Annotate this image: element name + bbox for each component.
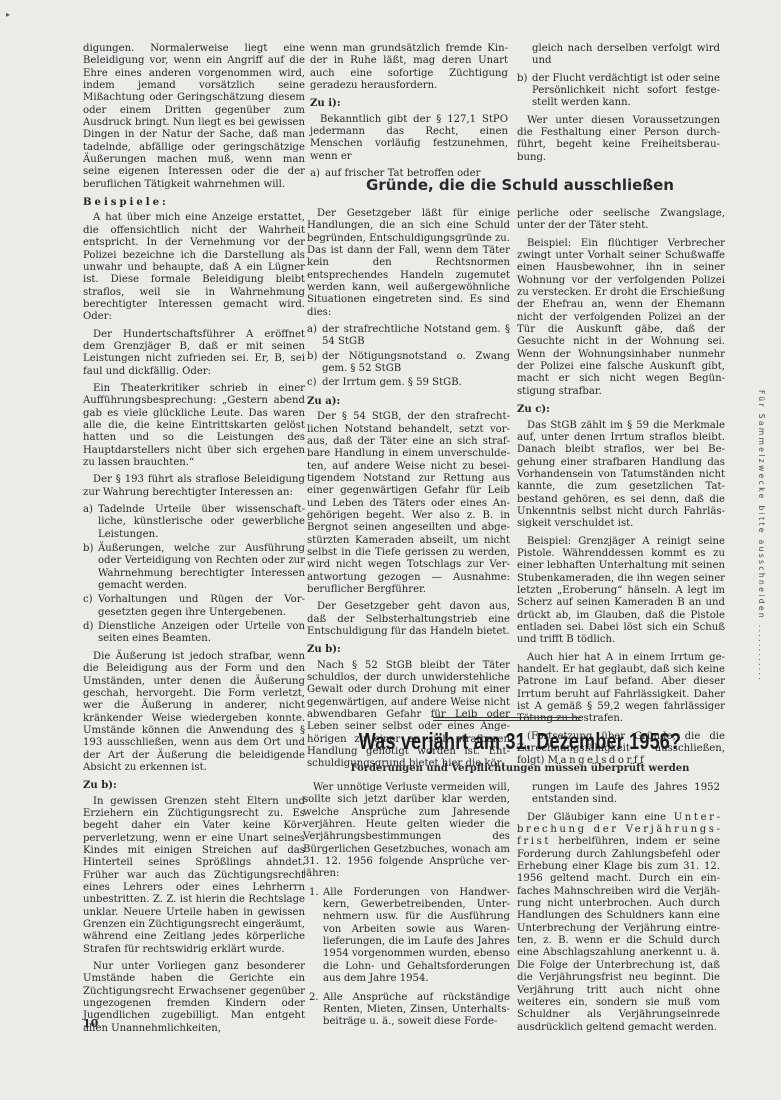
- paragraph: Das StGB zählt im § 59 die Merkmale auf,…: [517, 420, 725, 531]
- divider-rule: [433, 717, 581, 718]
- paragraph: perliche oder seelische Zwangslage, unte…: [517, 208, 725, 233]
- list-item: c)der Irrtum gem. § 59 StGB.: [307, 377, 510, 389]
- paragraph: Der Hundertschaftsführer A eröffnet dem …: [83, 329, 305, 378]
- paragraph: Beispiel: Grenzjäger A reinigt seine Pis…: [517, 536, 725, 647]
- list-127-cont: b)der Flucht verdächtigt ist oder seine …: [517, 73, 720, 110]
- list-item-continuation: rungen im Laufe des Jahres 1952 entstand…: [517, 782, 720, 807]
- list-item: 1.Alle Forderungen von Handwer­kern, Gew…: [303, 887, 510, 986]
- list-item: a)der strafrechtliche Notstand gem. § 54…: [307, 324, 510, 349]
- paragraph: Auch hier hat A in einem Irrtum ge­hande…: [517, 652, 725, 726]
- divider-rule: [433, 720, 581, 721]
- article-title-gruende: Gründe, die die Schuld ausschließen: [300, 176, 740, 194]
- paragraph: Der § 193 führt als straflose Beleidi­gu…: [83, 474, 305, 499]
- margin-mark: ▸: [6, 10, 10, 19]
- article3-column-2: rungen im Laufe des Jahres 1952 entstand…: [517, 782, 720, 1039]
- article-subtitle: Forderungen und Verpflichtungen müssen ü…: [300, 763, 740, 774]
- paragraph: Nur unter Vorliegen ganz besonde­rer Ums…: [83, 961, 305, 1035]
- paragraph: Ein Theaterkritiker schrieb in einer Auf…: [83, 383, 305, 469]
- article1-column-1: digungen. Normalerweise liegt eine Belei…: [83, 43, 305, 1040]
- article-title-verjaehrt: Was verjährt am 31. Dezember 1956?: [348, 728, 691, 755]
- list-193: a)Tadelnde Urteile über wissenschaft­lic…: [83, 504, 305, 646]
- section-heading-zu-a: Zu a):: [307, 396, 510, 408]
- paragraph: In gewissen Grenzen steht Eltern und Erz…: [83, 796, 305, 956]
- paragraph: Der Gesetzgeber geht davon aus, daß der …: [307, 601, 510, 638]
- paragraph: Der Gesetzgeber läßt für einige Handlung…: [307, 208, 510, 319]
- list-item: d)Dienstliche Anzeigen oder Urteile von …: [83, 621, 305, 646]
- paragraph: wenn man grundsätzlich fremde Kin­der in…: [310, 43, 508, 92]
- article2-column-2: perliche oder seelische Zwangslage, unte…: [517, 208, 725, 773]
- list-item: b)der Flucht verdächtigt ist oder seine …: [517, 73, 720, 110]
- section-heading-zu-b: Zu b):: [83, 780, 305, 792]
- section-heading-zu-i: Zu i):: [310, 98, 508, 110]
- list-item: a)Tadelnde Urteile über wissenschaft­lic…: [83, 504, 305, 541]
- list-item: 2.Alle Ansprüche auf rückständige Renten…: [303, 992, 510, 1029]
- paragraph: A hat über mich eine Anzeige er­stattet,…: [83, 212, 305, 323]
- list-item: b)Äußerungen, welche zur Ausfüh­rung ode…: [83, 543, 305, 592]
- list-item: c)Vorhaltungen und Rügen der Vor­gesetzt…: [83, 594, 305, 619]
- list-verjaehrung: 1.Alle Forderungen von Handwer­kern, Gew…: [303, 887, 510, 1029]
- paragraph: Beispiel: Ein flüchtiger Verbrecher zwin…: [517, 238, 725, 398]
- list-item-continuation: gleich nach derselben verfolgt wird und: [517, 43, 720, 68]
- section-heading-zu-c: Zu c):: [517, 404, 725, 416]
- page-number: 10: [83, 1017, 98, 1030]
- list-item: b)der Nötigungsnotstand o. Zwang gem. § …: [307, 351, 510, 376]
- paragraph: Wer unter diesen Voraussetzungen die Fes…: [517, 115, 720, 164]
- section-heading-zu-b: Zu b):: [307, 644, 510, 656]
- paragraph: Die Äußerung ist jedoch strafbar, wenn d…: [83, 651, 305, 774]
- paragraph: digungen. Normalerweise liegt eine Belei…: [83, 43, 305, 191]
- paragraph: Der Gläubiger kann eine Unter­brechung d…: [517, 812, 720, 1034]
- article1-column-3: gleich nach derselben verfolgt wird und …: [517, 43, 720, 169]
- paragraph: Wer unnötige Verluste vermeiden will, so…: [303, 782, 510, 881]
- side-note-cut-out: Für Sammelzwecke bitte ausschneiden ....…: [752, 390, 766, 680]
- document-page: ▸ digungen. Normalerweise liegt eine Bel…: [0, 0, 781, 1100]
- section-heading-beispiele: Beispiele:: [83, 197, 305, 209]
- article3-column-1: Wer unnötige Verluste vermeiden will, so…: [303, 782, 510, 1035]
- list-gruende: a)der strafrechtliche Notstand gem. § 54…: [307, 324, 510, 390]
- paragraph: Der § 54 StGB, der den strafrecht­lichen…: [307, 411, 510, 596]
- article1-column-2: wenn man grundsätzlich fremde Kin­der in…: [310, 43, 508, 185]
- paragraph: Bekanntlich gibt der § 127,1 StPO jederm…: [310, 114, 508, 163]
- article2-column-1: Der Gesetzgeber läßt für einige Handlung…: [307, 208, 510, 776]
